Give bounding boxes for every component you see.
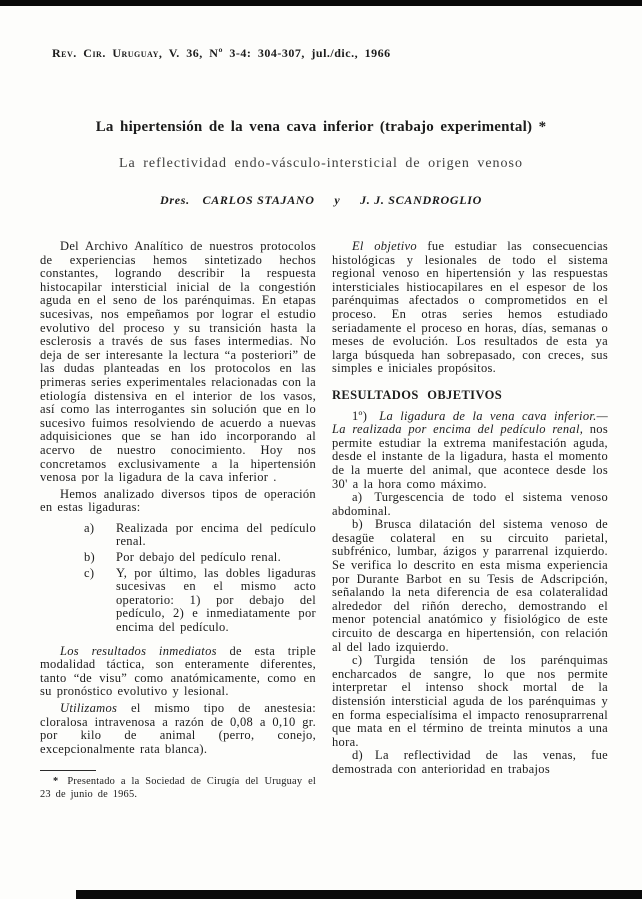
paragraph-tipos-operacion: Hemos analizado diversos tipos de operac…	[40, 488, 316, 515]
footnote-body: Presentado a la Sociedad de Cirugía del …	[40, 776, 316, 799]
item-marker: d)	[352, 748, 363, 762]
journal-issue-info: V. 36, Nº 3-4: 304-307, jul./dic., 1966	[169, 46, 391, 60]
paragraph-text: Hemos analizado diversos tipos de operac…	[40, 487, 316, 515]
article-subtitle: La reflectividad endo-vásculo-interstici…	[0, 156, 642, 172]
paragraph-text: Turgida tensión de los parénquimas encha…	[332, 653, 608, 749]
author-name-2: J. J. SCANDROGLIO	[360, 193, 482, 207]
footnote-divider	[40, 770, 96, 771]
italic-lead: Los resultados inmediatos	[60, 644, 217, 658]
paragraph-item-b: b)Brusca dilatación del sistema venoso d…	[332, 518, 608, 654]
section-heading-resultados-objetivos: RESULTADOS OBJETIVOS	[332, 389, 608, 403]
journal-name: Rev. Cir. Uruguay,	[52, 46, 162, 60]
list-item-text: Realizada por encima del pedículo renal.	[116, 521, 316, 549]
paragraph-archivo: Del Archivo Analítico de nuestros protoc…	[40, 240, 316, 485]
footnote: *Presentado a la Sociedad de Cirugía del…	[40, 770, 316, 800]
paragraph-item-a: a)Turgescencia de todo el sistema venoso…	[332, 491, 608, 518]
paragraph-text: Brusca dilatación del sistema venoso de …	[332, 517, 608, 653]
item-marker: b)	[352, 517, 363, 531]
paragraph-item-d: d)La reflectividad de las venas, fue dem…	[332, 749, 608, 776]
article-title: La hipertensión de la vena cava inferior…	[0, 119, 642, 136]
paragraph-text: Del Archivo Analítico de nuestros protoc…	[40, 239, 316, 484]
authors-conjunction: y	[334, 193, 340, 207]
footnote-marker: *	[53, 776, 58, 787]
list-marker: c)	[84, 567, 94, 581]
item-marker: a)	[352, 490, 362, 504]
list-item-text: Y, por último, las dobles ligaduras suce…	[116, 566, 316, 634]
author-name-1: CARLOS STAJANO	[203, 193, 315, 207]
list-marker: a)	[84, 522, 94, 536]
list-marker: b)	[84, 551, 95, 565]
paragraph-resultados-inmediatos: Los resultados inmediatos de esta triple…	[40, 645, 316, 699]
list-item-text: Por debajo del pedículo renal.	[116, 550, 281, 564]
paragraph-text: fue estudiar las consecuencias histológi…	[332, 239, 608, 375]
paragraph-objetivo: El objetivo fue estudiar las consecuenci…	[332, 240, 608, 376]
footnote-text: *Presentado a la Sociedad de Cirugía del…	[40, 776, 316, 800]
paragraph-number: 1º)	[352, 409, 367, 423]
scan-artifact-top-bar	[0, 0, 642, 6]
two-column-body: Del Archivo Analítico de nuestros protoc…	[40, 240, 608, 801]
right-column: El objetivo fue estudiar las consecuenci…	[332, 240, 608, 801]
italic-lead: La ligadura de la vena cava inferior.— L…	[332, 409, 608, 437]
paragraph-ligadura-1: 1º)La ligadura de la vena cava inferior.…	[332, 410, 608, 492]
list-item-c: c) Y, por último, las dobles ligaduras s…	[40, 567, 316, 635]
paragraph-text: La reflectividad de las venas, fue demos…	[332, 748, 608, 776]
paragraph-text: Turgescencia de todo el sistema venoso a…	[332, 490, 608, 518]
authors-prefix: Dres.	[160, 193, 190, 207]
scanned-paper-page: Rev. Cir. Uruguay, V. 36, Nº 3-4: 304-30…	[0, 0, 642, 899]
paragraph-anestesia: Utilizamos el mismo tipo de anestesia: c…	[40, 702, 316, 756]
ligature-types-list: a) Realizada por encima del pedículo ren…	[40, 522, 316, 635]
italic-lead: Utilizamos	[60, 701, 117, 715]
authors-line: Dres. CARLOS STAJANO y J. J. SCANDROGLIO	[0, 193, 642, 208]
scan-artifact-bottom-bar	[76, 890, 642, 899]
item-marker: c)	[352, 653, 362, 667]
paragraph-item-c: c)Turgida tensión de los parénquimas enc…	[332, 654, 608, 749]
left-column: Del Archivo Analítico de nuestros protoc…	[40, 240, 316, 801]
list-item-b: b) Por debajo del pedículo renal.	[40, 551, 316, 565]
list-item-a: a) Realizada por encima del pedículo ren…	[40, 522, 316, 549]
journal-reference: Rev. Cir. Uruguay, V. 36, Nº 3-4: 304-30…	[52, 46, 391, 61]
italic-lead: El objetivo	[352, 239, 417, 253]
